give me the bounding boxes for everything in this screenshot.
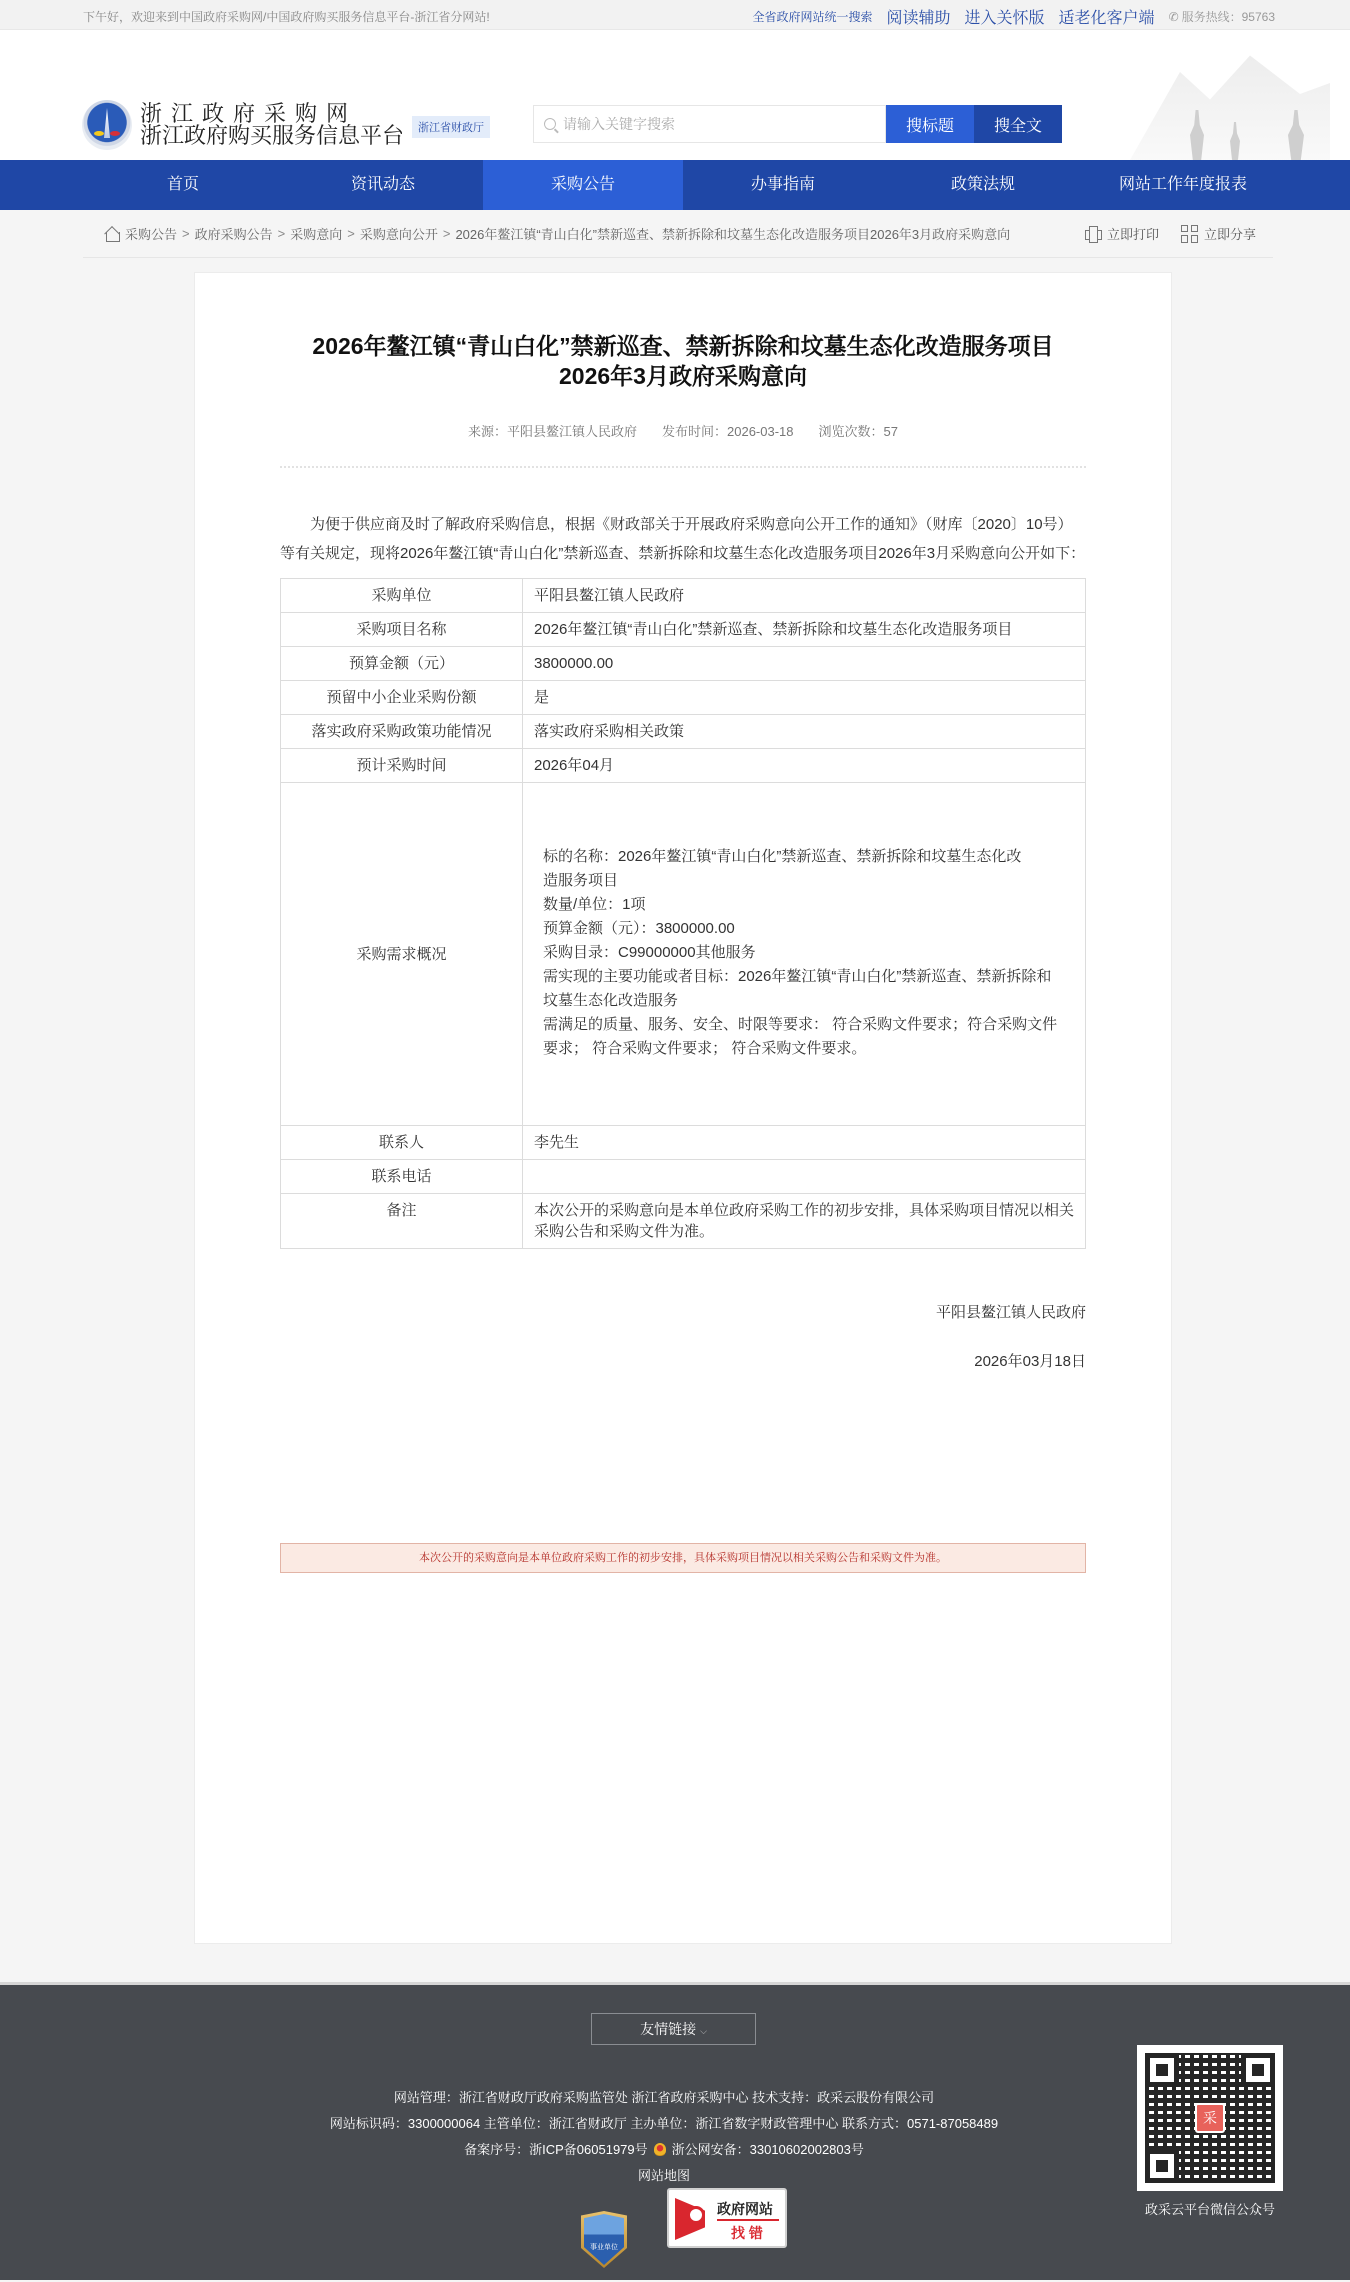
print-icon — [1084, 225, 1102, 243]
home-icon[interactable] — [104, 227, 120, 241]
logo-subtitle: 浙江政府购买服务信息平台 — [140, 125, 404, 147]
print-button[interactable]: 立即打印 — [1084, 224, 1159, 243]
article-title: 2026年鳌江镇“青山白化”禁新巡查、禁新拆除和坟墓生态化改造服务项目 2026… — [280, 273, 1086, 391]
table-row: 落实政府采购政策功能情况落实政府采购相关政策 — [281, 715, 1086, 749]
signature-org: 平阳县鳌江镇人民政府 — [280, 1301, 1086, 1322]
article-intro: 为便于供应商及时了解政府采购信息，根据《财政部关于开展政府采购意向公开工作的通知… — [280, 510, 1086, 568]
nav-policies[interactable]: 政策法规 — [883, 160, 1083, 210]
welcome-text: 下午好，欢迎来到中国政府采购网/中国政府购买服务信息平台-浙江省分网站! — [83, 8, 490, 25]
breadcrumb-item[interactable]: 政府采购公告 — [195, 224, 273, 243]
site-header: 浙江政府采购网 浙江政府购买服务信息平台 浙江省财政厅 搜标题 搜全文 — [0, 30, 1350, 160]
article-views: 浏览次数：57 — [819, 421, 898, 440]
qr-code-icon — [1181, 225, 1199, 243]
table-row: 预算金额（元）3800000.00 — [281, 647, 1086, 681]
qr-caption: 政采云平台微信公众号 — [1120, 2199, 1300, 2218]
zcy-logo-icon: 采 — [1195, 2103, 1225, 2133]
share-button[interactable]: 立即分享 — [1181, 224, 1256, 243]
article-meta: 来源：平阳县鳌江镇人民政府 发布时间：2026-03-18 浏览次数：57 — [280, 421, 1086, 440]
search-field — [533, 105, 886, 143]
public-institution-badge[interactable]: 事业单位 — [581, 2211, 627, 2268]
article-card: 2026年鳌江镇“青山白化”禁新巡查、禁新拆除和坟墓生态化改造服务项目 2026… — [194, 272, 1172, 1944]
sitemap-link[interactable]: 网站地图 — [638, 2168, 690, 2183]
logo-title: 浙江政府采购网 — [140, 103, 404, 125]
table-row: 预计采购时间2026年04月 — [281, 749, 1086, 783]
care-version-link[interactable]: 进入关怀版 — [965, 5, 1045, 28]
search-icon — [544, 118, 556, 130]
nav-procurement-notices[interactable]: 采购公告 — [483, 160, 683, 210]
table-row: 预留中小企业采购份额是 — [281, 681, 1086, 715]
article-source: 来源：平阳县鳌江镇人民政府 — [468, 421, 637, 440]
magnifier-icon — [687, 2206, 705, 2224]
finance-dept-badge: 浙江省财政厅 — [412, 116, 490, 138]
search-bar: 搜标题 搜全文 — [533, 105, 1062, 143]
hotline-text: 服务热线：95763 — [1182, 8, 1275, 25]
friend-links-dropdown[interactable]: 友情链接⌵ — [591, 2013, 756, 2045]
table-row: 联系人李先生 — [281, 1126, 1086, 1160]
nav-annual-report[interactable]: 网站工作年度报表 — [1083, 160, 1283, 210]
table-row: 备注本次公开的采购意向是本单位政府采购工作的初步安排，具体采购项目情况以相关采购… — [281, 1194, 1086, 1249]
divider — [280, 466, 1086, 468]
phone-icon: ✆ — [1169, 10, 1179, 24]
share-label: 立即分享 — [1204, 224, 1256, 243]
gov-site-error-report-badge[interactable]: 政府网站 找 错 — [667, 2188, 787, 2248]
police-badge-icon — [654, 2143, 666, 2156]
search-fulltext-button[interactable]: 搜全文 — [974, 105, 1062, 143]
police-record-link[interactable]: 浙公网安备：33010602002803号 — [672, 2142, 864, 2157]
breadcrumb-current: 2026年鳌江镇“青山白化”禁新巡查、禁新拆除和坟墓生态化改造服务项目2026年… — [455, 224, 1010, 243]
hotline: ✆ 服务热线：95763 — [1169, 8, 1275, 25]
table-row: 采购单位平阳县鳌江镇人民政府 — [281, 579, 1086, 613]
main-nav: 首页 资讯动态 采购公告 办事指南 政策法规 网站工作年度报表 — [0, 160, 1350, 210]
site-logo[interactable]: 浙江政府采购网 浙江政府购买服务信息平台 浙江省财政厅 — [82, 100, 490, 150]
emblem-icon — [82, 100, 132, 150]
icp-link[interactable]: 备案序号：浙ICP备06051979号 — [464, 2142, 648, 2157]
chevron-down-icon: ⌵ — [700, 2026, 707, 2036]
procurement-info-table: 采购单位平阳县鳌江镇人民政府 采购项目名称2026年鳌江镇“青山白化”禁新巡查、… — [280, 578, 1086, 1249]
site-footer: 友情链接⌵ 网站管理：浙江省财政厅政府采购监管处 浙江省政府采购中心 技术支持：… — [0, 1982, 1350, 2280]
requirements-summary: 标的名称：2026年鳌江镇“青山白化”禁新巡查、禁新拆除和坟墓生态化改造服务项目… — [534, 789, 1074, 1119]
unified-search-link[interactable]: 全省政府网站统一搜索 — [753, 8, 873, 25]
top-bar: 下午好，欢迎来到中国政府采购网/中国政府购买服务信息平台-浙江省分网站! 全省政… — [0, 0, 1350, 30]
table-row: 联系电话 — [281, 1160, 1086, 1194]
mountain-pagoda-decoration — [1090, 30, 1350, 160]
breadcrumb: 采购公告> 政府采购公告> 采购意向> 采购意向公开> 2026年鳌江镇“青山白… — [83, 210, 1273, 258]
table-row-requirements: 采购需求概况 标的名称：2026年鳌江镇“青山白化”禁新巡查、禁新拆除和坟墓生态… — [281, 783, 1086, 1126]
search-title-button[interactable]: 搜标题 — [886, 105, 974, 143]
table-row: 采购项目名称2026年鳌江镇“青山白化”禁新巡查、禁新拆除和坟墓生态化改造服务项… — [281, 613, 1086, 647]
breadcrumb-item[interactable]: 采购意向公开 — [360, 224, 438, 243]
elderly-client-link[interactable]: 适老化客户端 — [1059, 5, 1155, 28]
search-input[interactable] — [563, 116, 863, 132]
print-label: 立即打印 — [1107, 224, 1159, 243]
nav-home[interactable]: 首页 — [83, 160, 283, 210]
signature-date: 2026年03月18日 — [280, 1350, 1086, 1371]
top-links: 全省政府网站统一搜索 阅读辅助 进入关怀版 适老化客户端 ✆ 服务热线：9576… — [753, 5, 1276, 28]
breadcrumb-item[interactable]: 采购公告 — [125, 224, 177, 243]
nav-news[interactable]: 资讯动态 — [283, 160, 483, 210]
article-publish-date: 发布时间：2026-03-18 — [662, 421, 794, 440]
disclaimer-notice: 本次公开的采购意向是本单位政府采购工作的初步安排，具体采购项目情况以相关采购公告… — [280, 1543, 1086, 1573]
breadcrumb-item[interactable]: 采购意向 — [290, 224, 342, 243]
reading-assist-link[interactable]: 阅读辅助 — [887, 5, 951, 28]
nav-guide[interactable]: 办事指南 — [683, 160, 883, 210]
wechat-qr-code: 采 — [1137, 2045, 1283, 2191]
